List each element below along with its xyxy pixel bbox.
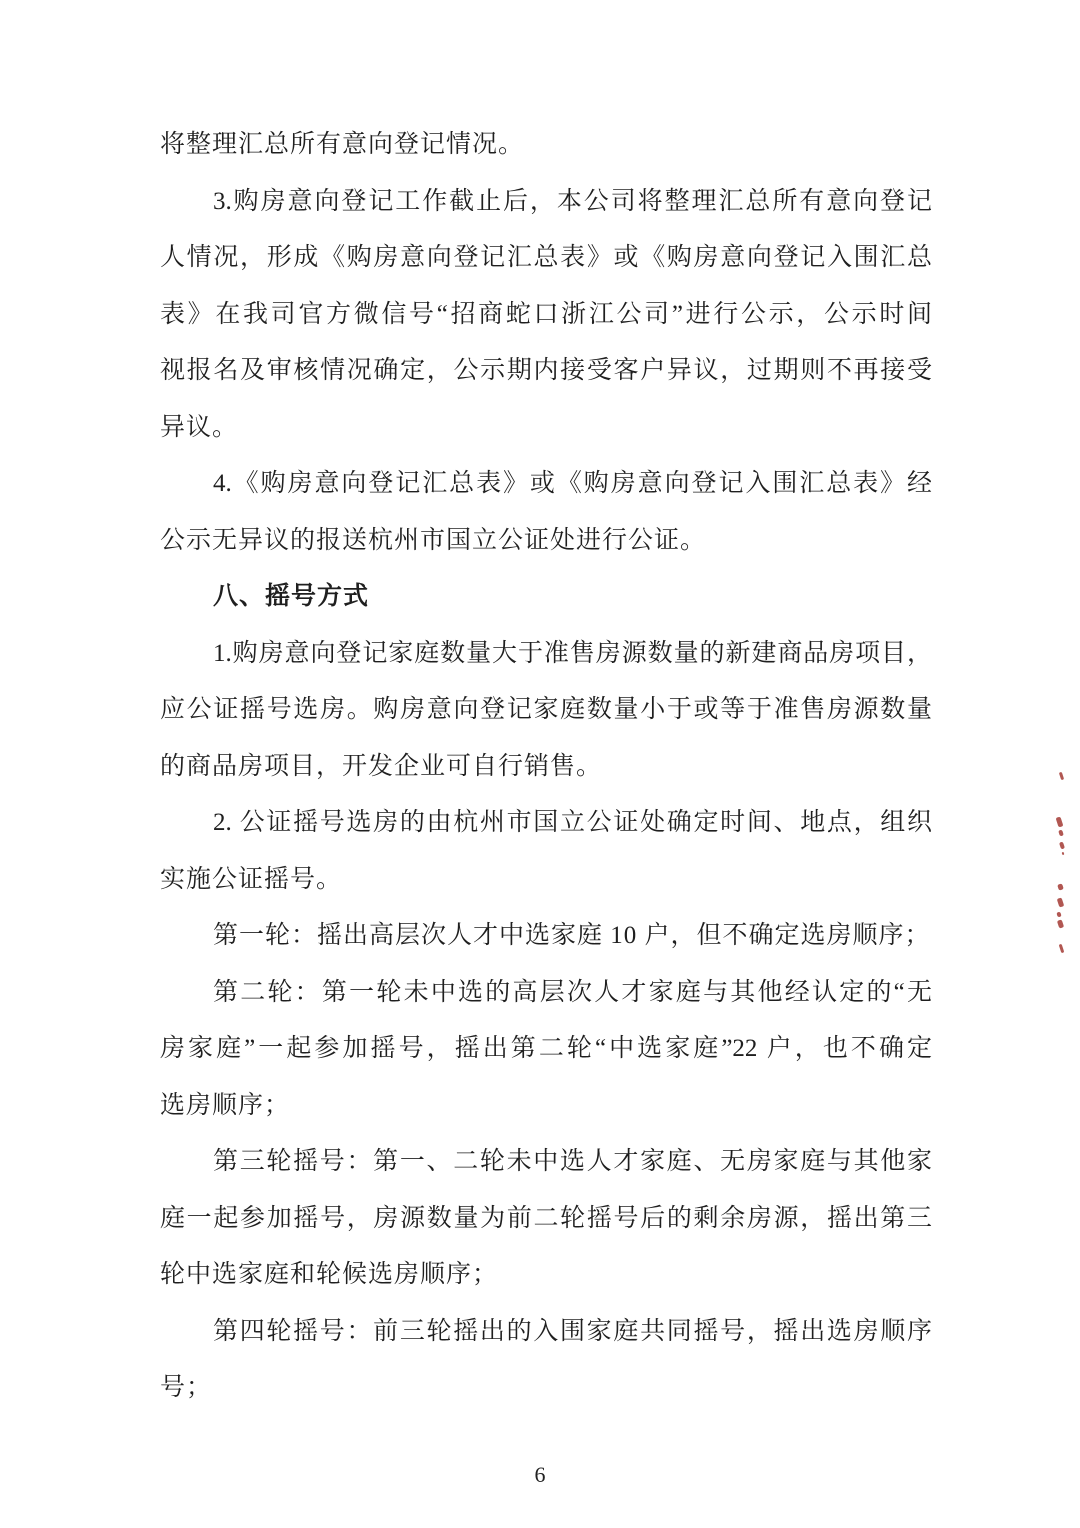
document-line: 4.《购房意向登记汇总表》或《购房意向登记入围汇总表》经 [160, 456, 932, 513]
red-edge-mark [1057, 883, 1064, 890]
document-line: 庭一起参加摇号，房源数量为前二轮摇号后的剩余房源，摇出第三 [160, 1191, 932, 1248]
document-line: 异议。 [160, 400, 932, 457]
red-edge-mark [1056, 912, 1061, 918]
document-page: 将整理汇总所有意向登记情况。3.购房意向登记工作截止后，本公司将整理汇总所有意向… [0, 0, 1080, 1528]
red-edge-mark [1058, 830, 1064, 837]
red-edge-mark [1062, 852, 1065, 855]
red-edge-mark [1057, 897, 1065, 907]
document-line: 3.购房意向登记工作截止后，本公司将整理汇总所有意向登记 [160, 174, 932, 231]
red-edge-mark [1056, 816, 1064, 827]
page-number: 6 [0, 1462, 1080, 1488]
red-edge-mark [1059, 842, 1065, 850]
document-line: 轮中选家庭和轮候选房顺序； [160, 1247, 932, 1304]
document-line: 的商品房项目，开发企业可自行销售。 [160, 739, 932, 796]
document-line: 视报名及审核情况确定，公示期内接受客户异议，过期则不再接受 [160, 343, 932, 400]
document-line: 第一轮：摇出高层次人才中选家庭 10 户，但不确定选房顺序； [160, 908, 932, 965]
document-line: 房家庭”一起参加摇号，摇出第二轮“中选家庭”22 户，也不确定 [160, 1021, 932, 1078]
document-line: 选房顺序； [160, 1078, 932, 1135]
document-line: 2. 公证摇号选房的由杭州市国立公证处确定时间、地点，组织 [160, 795, 932, 852]
section-heading: 八、摇号方式 [160, 569, 932, 626]
red-edge-mark [1057, 919, 1064, 928]
document-line: 表》在我司官方微信号“招商蛇口浙江公司”进行公示，公示时间 [160, 287, 932, 344]
document-line: 公示无异议的报送杭州市国立公证处进行公证。 [160, 513, 932, 570]
document-line: 号； [160, 1360, 932, 1417]
red-edge-mark [1059, 944, 1065, 953]
document-line: 应公证摇号选房。购房意向登记家庭数量小于或等于准售房源数量 [160, 682, 932, 739]
document-line: 将整理汇总所有意向登记情况。 [160, 117, 932, 174]
document-line: 1.购房意向登记家庭数量大于准售房源数量的新建商品房项目， [160, 626, 932, 683]
document-line: 人情况，形成《购房意向登记汇总表》或《购房意向登记入围汇总 [160, 230, 932, 287]
document-body: 将整理汇总所有意向登记情况。3.购房意向登记工作截止后，本公司将整理汇总所有意向… [160, 117, 932, 1417]
document-line: 第四轮摇号：前三轮摇出的入围家庭共同摇号，摇出选房顺序 [160, 1304, 932, 1361]
document-line: 第三轮摇号：第一、二轮未中选人才家庭、无房家庭与其他家 [160, 1134, 932, 1191]
document-line: 实施公证摇号。 [160, 852, 932, 909]
red-edge-mark [1059, 772, 1064, 781]
document-line: 第二轮：第一轮未中选的高层次人才家庭与其他经认定的“无 [160, 965, 932, 1022]
